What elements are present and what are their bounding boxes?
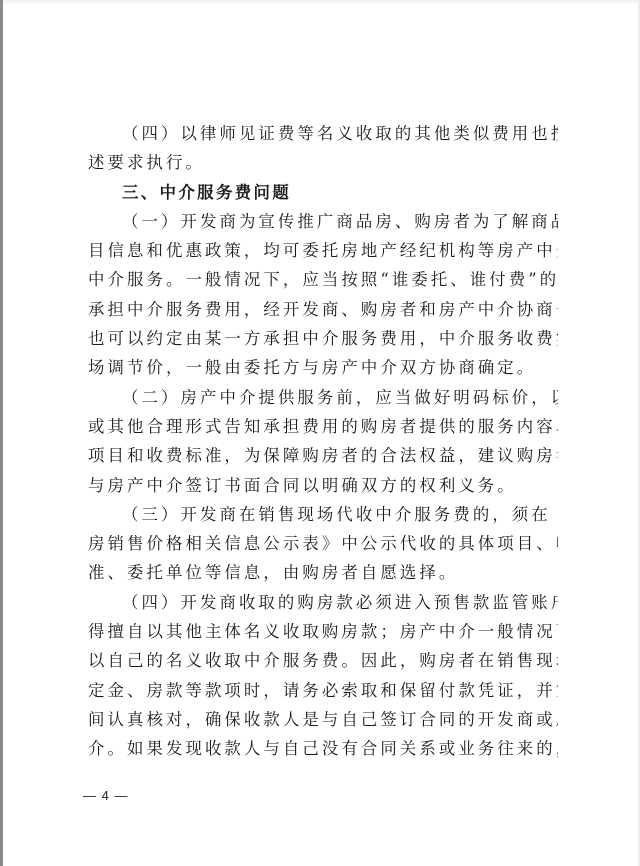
text-line: 房销售价格相关信息公示表》中公示代收的具体项目、收费标 <box>88 529 558 558</box>
paragraph-lawyer-fees: （四）以律师见证费等名义收取的其他类似费用也按照上 述要求执行。 <box>88 119 558 178</box>
text-line: （四）开发商收取的购房款必须进入预售款监管账户，不 <box>88 588 558 617</box>
page-number: — 4 — <box>83 788 128 803</box>
text-line: 项目和收费标准，为保障购房者的合法权益，建议购房者事前 <box>88 441 558 470</box>
text-line: （一）开发商为宣传推广商品房、购房者为了解商品房项 <box>88 207 558 236</box>
paragraph-3-3: （三）开发商在销售现场代收中介服务费的，须在《商品 房销售价格相关信息公示表》中… <box>88 500 558 588</box>
text-line: 场调节价，一般由委托方与房产中介双方协商确定。 <box>88 353 558 382</box>
text-line: 或其他合理形式告知承担费用的购房者提供的服务内容、收费 <box>88 412 558 441</box>
section-heading: 三、中介服务费问题 <box>88 178 558 207</box>
text-line: （二）房产中介提供服务前，应当做好明码标价，以书面 <box>88 383 558 412</box>
text-line: （四）以律师见证费等名义收取的其他类似费用也按照上 <box>88 119 558 148</box>
page-left-border <box>0 0 3 866</box>
paragraph-3-2: （二）房产中介提供服务前，应当做好明码标价，以书面 或其他合理形式告知承担费用的… <box>88 383 558 500</box>
text-line: 承担中介服务费用，经开发商、购房者和房产中介协商一致后， <box>88 295 558 324</box>
text-line: 也可以约定由某一方承担中介服务费用，中介服务收费实行市 <box>88 324 558 353</box>
text-line: 述要求执行。 <box>88 148 558 177</box>
text-line: 得擅自以其他主体名义收取购房款；房产中介一般情况下也应 <box>88 617 558 646</box>
text-line: 准、委托单位等信息，由购房者自愿选择。 <box>88 558 558 587</box>
text-line: 定金、房款等款项时，请务必索取和保留付款凭证，并第一时 <box>88 676 558 705</box>
text-line: 目信息和优惠政策，均可委托房地产经纪机构等房产中介提供 <box>88 236 558 265</box>
page-top-shadow <box>3 0 640 5</box>
text-line: （三）开发商在销售现场代收中介服务费的，须在《商品 <box>88 500 558 529</box>
document-page-body: （四）以律师见证费等名义收取的其他类似费用也按照上 述要求执行。 三、中介服务费… <box>88 119 558 764</box>
text-line: 中介服务。一般情况下，应当按照“谁委托、谁付费”的原则 <box>88 265 558 294</box>
text-line: 以自己的名义收取中介服务费。因此，购房者在销售现场缴纳 <box>88 646 558 675</box>
text-line: 介。如果发现收款人与自己没有合同关系或业务往来的，要立 <box>88 734 558 763</box>
paragraph-3-4: （四）开发商收取的购房款必须进入预售款监管账户，不 得擅自以其他主体名义收取购房… <box>88 588 558 764</box>
paragraph-3-1: （一）开发商为宣传推广商品房、购房者为了解商品房项 目信息和优惠政策，均可委托房… <box>88 207 558 383</box>
text-line: 与房产中介签订书面合同以明确双方的权利义务。 <box>88 471 558 500</box>
text-line: 间认真核对，确保收款人是与自己签订合同的开发商或房产中 <box>88 705 558 734</box>
